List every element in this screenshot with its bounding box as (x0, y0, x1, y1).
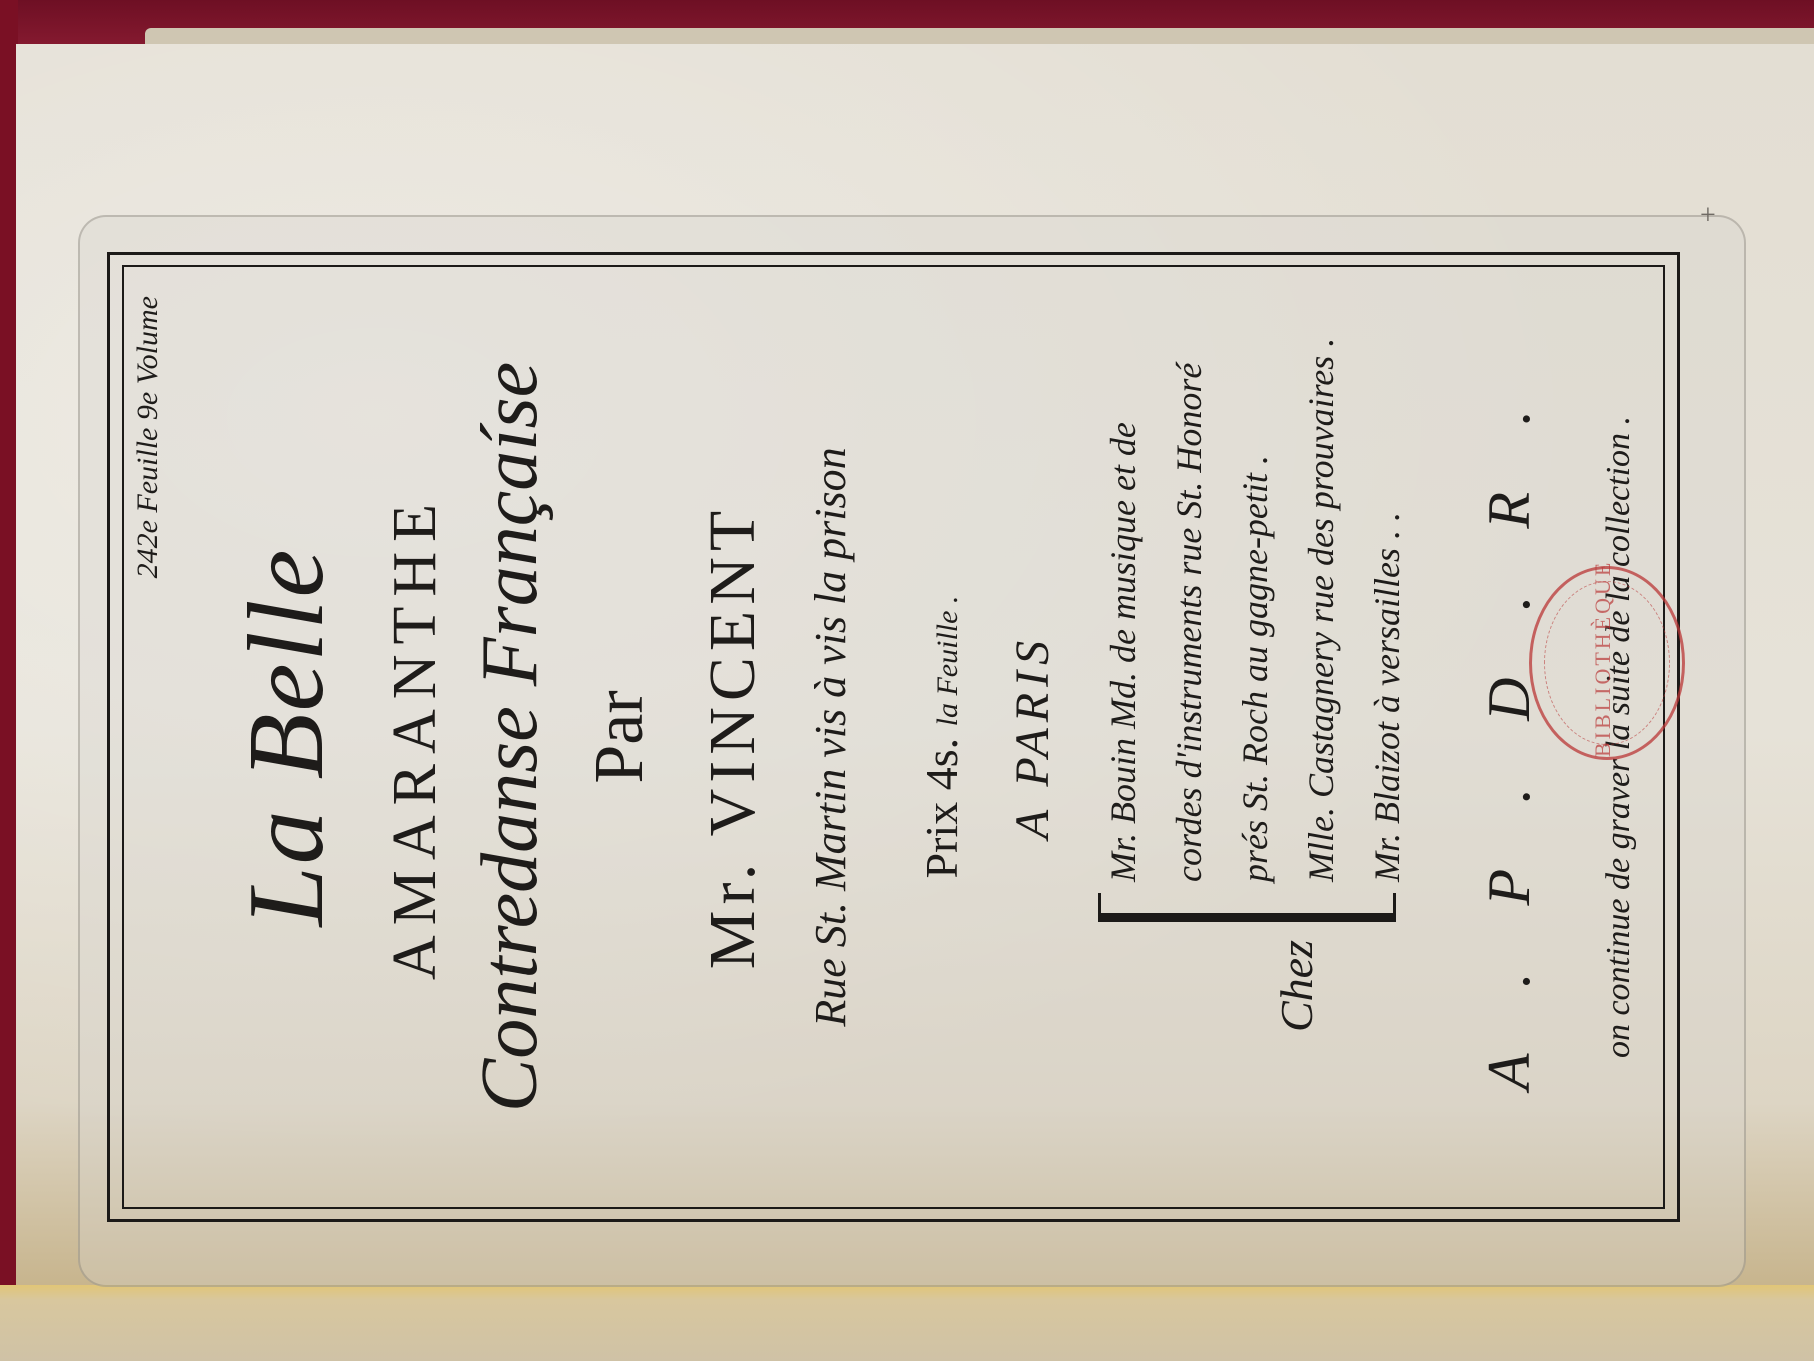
vendor-list: Mr. Bouin Md. de musique et de cordes d'… (1090, 338, 1420, 882)
subtitle-contredanse: Contredanse Françaíse (465, 282, 556, 1192)
vendor-line: prés St. Roch au gagne-petit . (1222, 338, 1288, 882)
volume-reference: 242e Feuille 9e Volume (131, 282, 165, 1192)
chez-label: Chez (1270, 940, 1323, 1032)
vendor-line: cordes d'instruments rue St. Honoré (1156, 338, 1222, 882)
privilege-line: A . P . D . R . (1475, 282, 1544, 1192)
author-name: Mr. VINCENT (695, 282, 771, 1192)
title-page-content: 242e Feuille 9e Volume La Belle AMARANTH… (125, 282, 1662, 1192)
title-amaranthe: AMARANTHE (380, 282, 451, 1192)
stamp-text: BIBLIOTHÈQUE (1590, 569, 1616, 757)
engraved-title-page: 242e Feuille 9e Volume La Belle AMARANTH… (107, 252, 1680, 1222)
library-stamp: BIBLIOTHÈQUE (1529, 566, 1685, 760)
vendor-line: Mlle. Castagnery rue des prouvaires . (1288, 338, 1354, 882)
price-line: Prix 4s. la Feuille . (915, 282, 968, 1192)
vendors-block: Chez Mr. Bouin Md. de musique et de cord… (1090, 282, 1450, 1192)
price-unit: la Feuille . (931, 596, 964, 727)
by-line: Par (580, 282, 660, 1192)
vendor-line: Mr. Blaizot à versailles . . (1354, 338, 1420, 882)
price-main: Prix 4s. (916, 738, 967, 879)
registration-cross-icon: + (1700, 200, 1716, 232)
title-la-belle: La Belle (225, 282, 349, 1192)
vendor-line: Mr. Bouin Md. de musique et de (1090, 338, 1156, 882)
bracket-icon (1098, 893, 1396, 922)
author-address: Rue St. Martin vis à vis la prison (805, 282, 856, 1192)
book-page-edge (0, 1285, 1814, 1361)
city-line: A PARIS (1005, 282, 1060, 1192)
